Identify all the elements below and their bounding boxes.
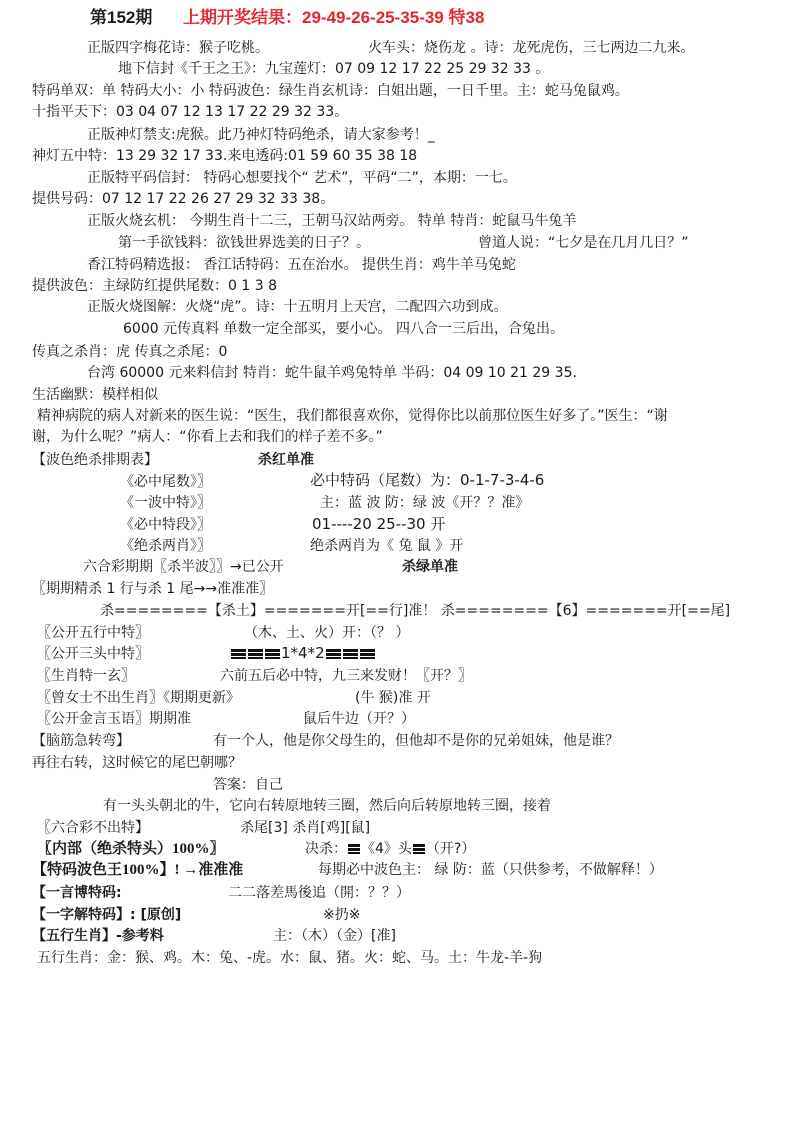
table-label-wave: 《一波中特》〗: [120, 493, 211, 513]
char-label: 【一字解特码】: [原创]: [32, 905, 181, 925]
humor-text-1: 精神病院的病人对新来的医生说：“医生，我们都很喜欢你，觉得你比以前那位医生好多了…: [37, 406, 668, 426]
golden-value: 鼠后牛边（开？）: [303, 709, 415, 729]
table-label-kill-two: 《绝杀两肖》〗: [120, 536, 211, 556]
lady-label: 〖曾女士不出生肖〗《期期更新》: [37, 688, 240, 708]
train-head-poem: 火车头：烧伤龙 。诗：龙死虎伤，三七两边二九来。: [368, 38, 694, 58]
fax-kill: 传真之杀肖：虎 传真之杀尾：0: [32, 342, 227, 362]
riddle-question-3: 有一头头朝北的牛，它向右转原地转三圈，然后向后转原地转三圈，接着: [103, 796, 551, 816]
zodiac-label: 〖生肖特一玄〗: [37, 666, 135, 686]
zeng-says: 曾道人说：“七夕是在几月几日？”: [478, 233, 689, 253]
one-word-value: 二二落差馬後追（開：？？）: [228, 883, 410, 903]
wave-color: 提供波色：主绿防红提供尾数：0 1 3 8: [32, 276, 277, 296]
hongkong-report: 香江特码精选报： 香江话特码：五在治水。 提供生肖：鸡牛羊马兔蛇: [87, 255, 516, 275]
three-heads-number: 1*4*2: [281, 644, 325, 662]
internal-prefix: 决杀：: [305, 841, 347, 857]
no-special-label: 〖六合彩不出特】: [37, 818, 149, 838]
internal-value: 决杀：《4》头（开?）: [305, 839, 475, 859]
wave-table-title: 【波色绝杀排期表】: [32, 450, 158, 470]
elements-ref-value: 主：（木）（金）[准]: [273, 926, 396, 946]
five-elements-value: （木、土、火）开：（？ ）: [244, 623, 409, 643]
elements-ref-label: 【五行生肖】-参考料: [32, 926, 164, 946]
char-value: ※扔※: [323, 905, 360, 925]
block-icon: [360, 649, 375, 659]
block-icon: [231, 649, 246, 659]
fire-diagram: 正版火烧图解：火烧“虎”。诗：十五明月上天宫，二配四六功到成。: [87, 297, 508, 317]
half-wave: 六合彩期期〖杀半波〗〗→已公开: [83, 557, 284, 577]
wave-king-value: 每期必中波色主： 绿 防：蓝（只供参考，不做解释！）: [318, 860, 663, 880]
riddle-question-2: 再往右转，这时候它的尾巴朝哪？: [32, 753, 242, 773]
table-value-segment: 01----20 25--30 开: [312, 514, 445, 534]
riddle-label: 【脑筋急转弯】: [32, 731, 130, 751]
riddle-answer: 答案：自己: [213, 775, 283, 795]
table-label-segment: 《必中特段》〗: [120, 515, 211, 535]
first-hand-material: 第一手欲钱料：欲钱世界选美的日子？。: [118, 233, 370, 253]
kill-red: 杀红单准: [258, 450, 314, 470]
block-icon: [248, 649, 263, 659]
provided-numbers: 提供号码：07 12 17 22 26 27 29 32 33 38。: [32, 189, 334, 209]
block-icon: [413, 844, 425, 854]
lamp-five: 神灯五中特：13 29 32 17 33.来电透码:01 59 60 35 38…: [32, 146, 417, 166]
one-word-label: 【一言博特码:: [32, 883, 122, 903]
fire-mystery: 正版火烧玄机： 今期生肖十二三，王朝马汉站两旁。 特单 特肖：蛇鼠马牛兔羊: [87, 211, 576, 231]
humor-title: 生活幽默：模样相似: [32, 385, 158, 405]
flat-code-envelope: 正版特平码信封： 特码心想要找个“ 艺术”，平码“二”，本期：一七。: [87, 168, 517, 188]
block-icon: [265, 649, 280, 659]
three-heads-label: 〖公开三头中特〗: [37, 644, 149, 664]
golden-label: 〖公开金言玉语〗期期准: [37, 709, 191, 729]
elements-list: 五行生肖：金：猴、鸡。木：兔、-虎。水：鼠、猪。火：蛇、马。土：牛龙-羊-狗: [37, 948, 542, 968]
fax-6000: 6000 元传真料 单数一定全部买，要小心。 四八合一三后出，合兔出。: [123, 319, 564, 339]
table-value-wave: 主：蓝 波 防：绿 波《开？？准》: [320, 493, 529, 513]
table-value-kill-two: 绝杀两肖为《 兔 鼠 》开: [310, 536, 463, 556]
kill-line: 杀========【杀土】=======开[==行]准！ 杀========【6…: [100, 601, 730, 621]
lamp-forbidden: 正版神灯禁支:虎猴。此乃神灯特码绝杀，请大家参考！_: [87, 125, 435, 145]
block-icon: [326, 649, 341, 659]
special-odd-even: 特码单双：单 特码大小：小 特码波色：绿生肖玄机诗：白姐出题，一日千里。主：蛇马…: [32, 81, 629, 101]
wave-king-label: 【特码波色王100%】! →准准准: [32, 860, 243, 880]
humor-text-2: 谢，为什么呢？”病人：“你看上去和我们的样子差不多。”: [32, 427, 383, 447]
internal-mid: 《4》头: [361, 841, 412, 857]
lady-value: (牛 猴)准 开: [355, 688, 431, 708]
block-icon: [348, 844, 360, 854]
riddle-question: 有一个人，他是你父母生的，但他却不是你的兄弟姐妹，他是谁？: [213, 731, 619, 751]
internal-suffix: （开?）: [426, 841, 475, 857]
three-heads-value: 1*4*2: [230, 643, 376, 663]
table-value-tail: 必中特码（尾数）为：0-1-7-3-4-6: [310, 470, 544, 490]
underground-envelope: 地下信封《千王之王》：九宝莲灯：07 09 12 17 22 25 29 32 …: [118, 59, 549, 79]
no-special-value: 杀尾[3] 杀肖[鸡][鼠]: [240, 818, 370, 838]
taiwan-envelope: 台湾 60000 元来料信封 特肖：蛇牛鼠羊鸡兔特单 半码：04 09 10 2…: [87, 363, 577, 383]
issue-number: 第152期: [90, 8, 152, 28]
internal-label: 〖内部（绝杀特头）100%〗: [37, 839, 225, 859]
ten-fingers: 十指平天下：03 04 07 12 13 17 22 29 32 33。: [32, 102, 348, 122]
table-label-tail: 《必中尾数》〗: [120, 472, 211, 492]
precise-kill: 〖期期精杀 1 行与杀 1 尾→→准准准〗: [32, 579, 273, 599]
last-draw-result: 上期开奖结果：29-49-26-25-35-39 特38: [183, 8, 484, 28]
kill-green: 杀绿单准: [402, 557, 458, 577]
plum-poem: 正版四字梅花诗：猴子吃桃。: [87, 38, 269, 58]
block-icon: [343, 649, 358, 659]
zodiac-value: 六前五后必中特，九三来发财！〖开？〗: [220, 666, 472, 686]
five-elements-label: 〖公开五行中特〗: [37, 623, 149, 643]
